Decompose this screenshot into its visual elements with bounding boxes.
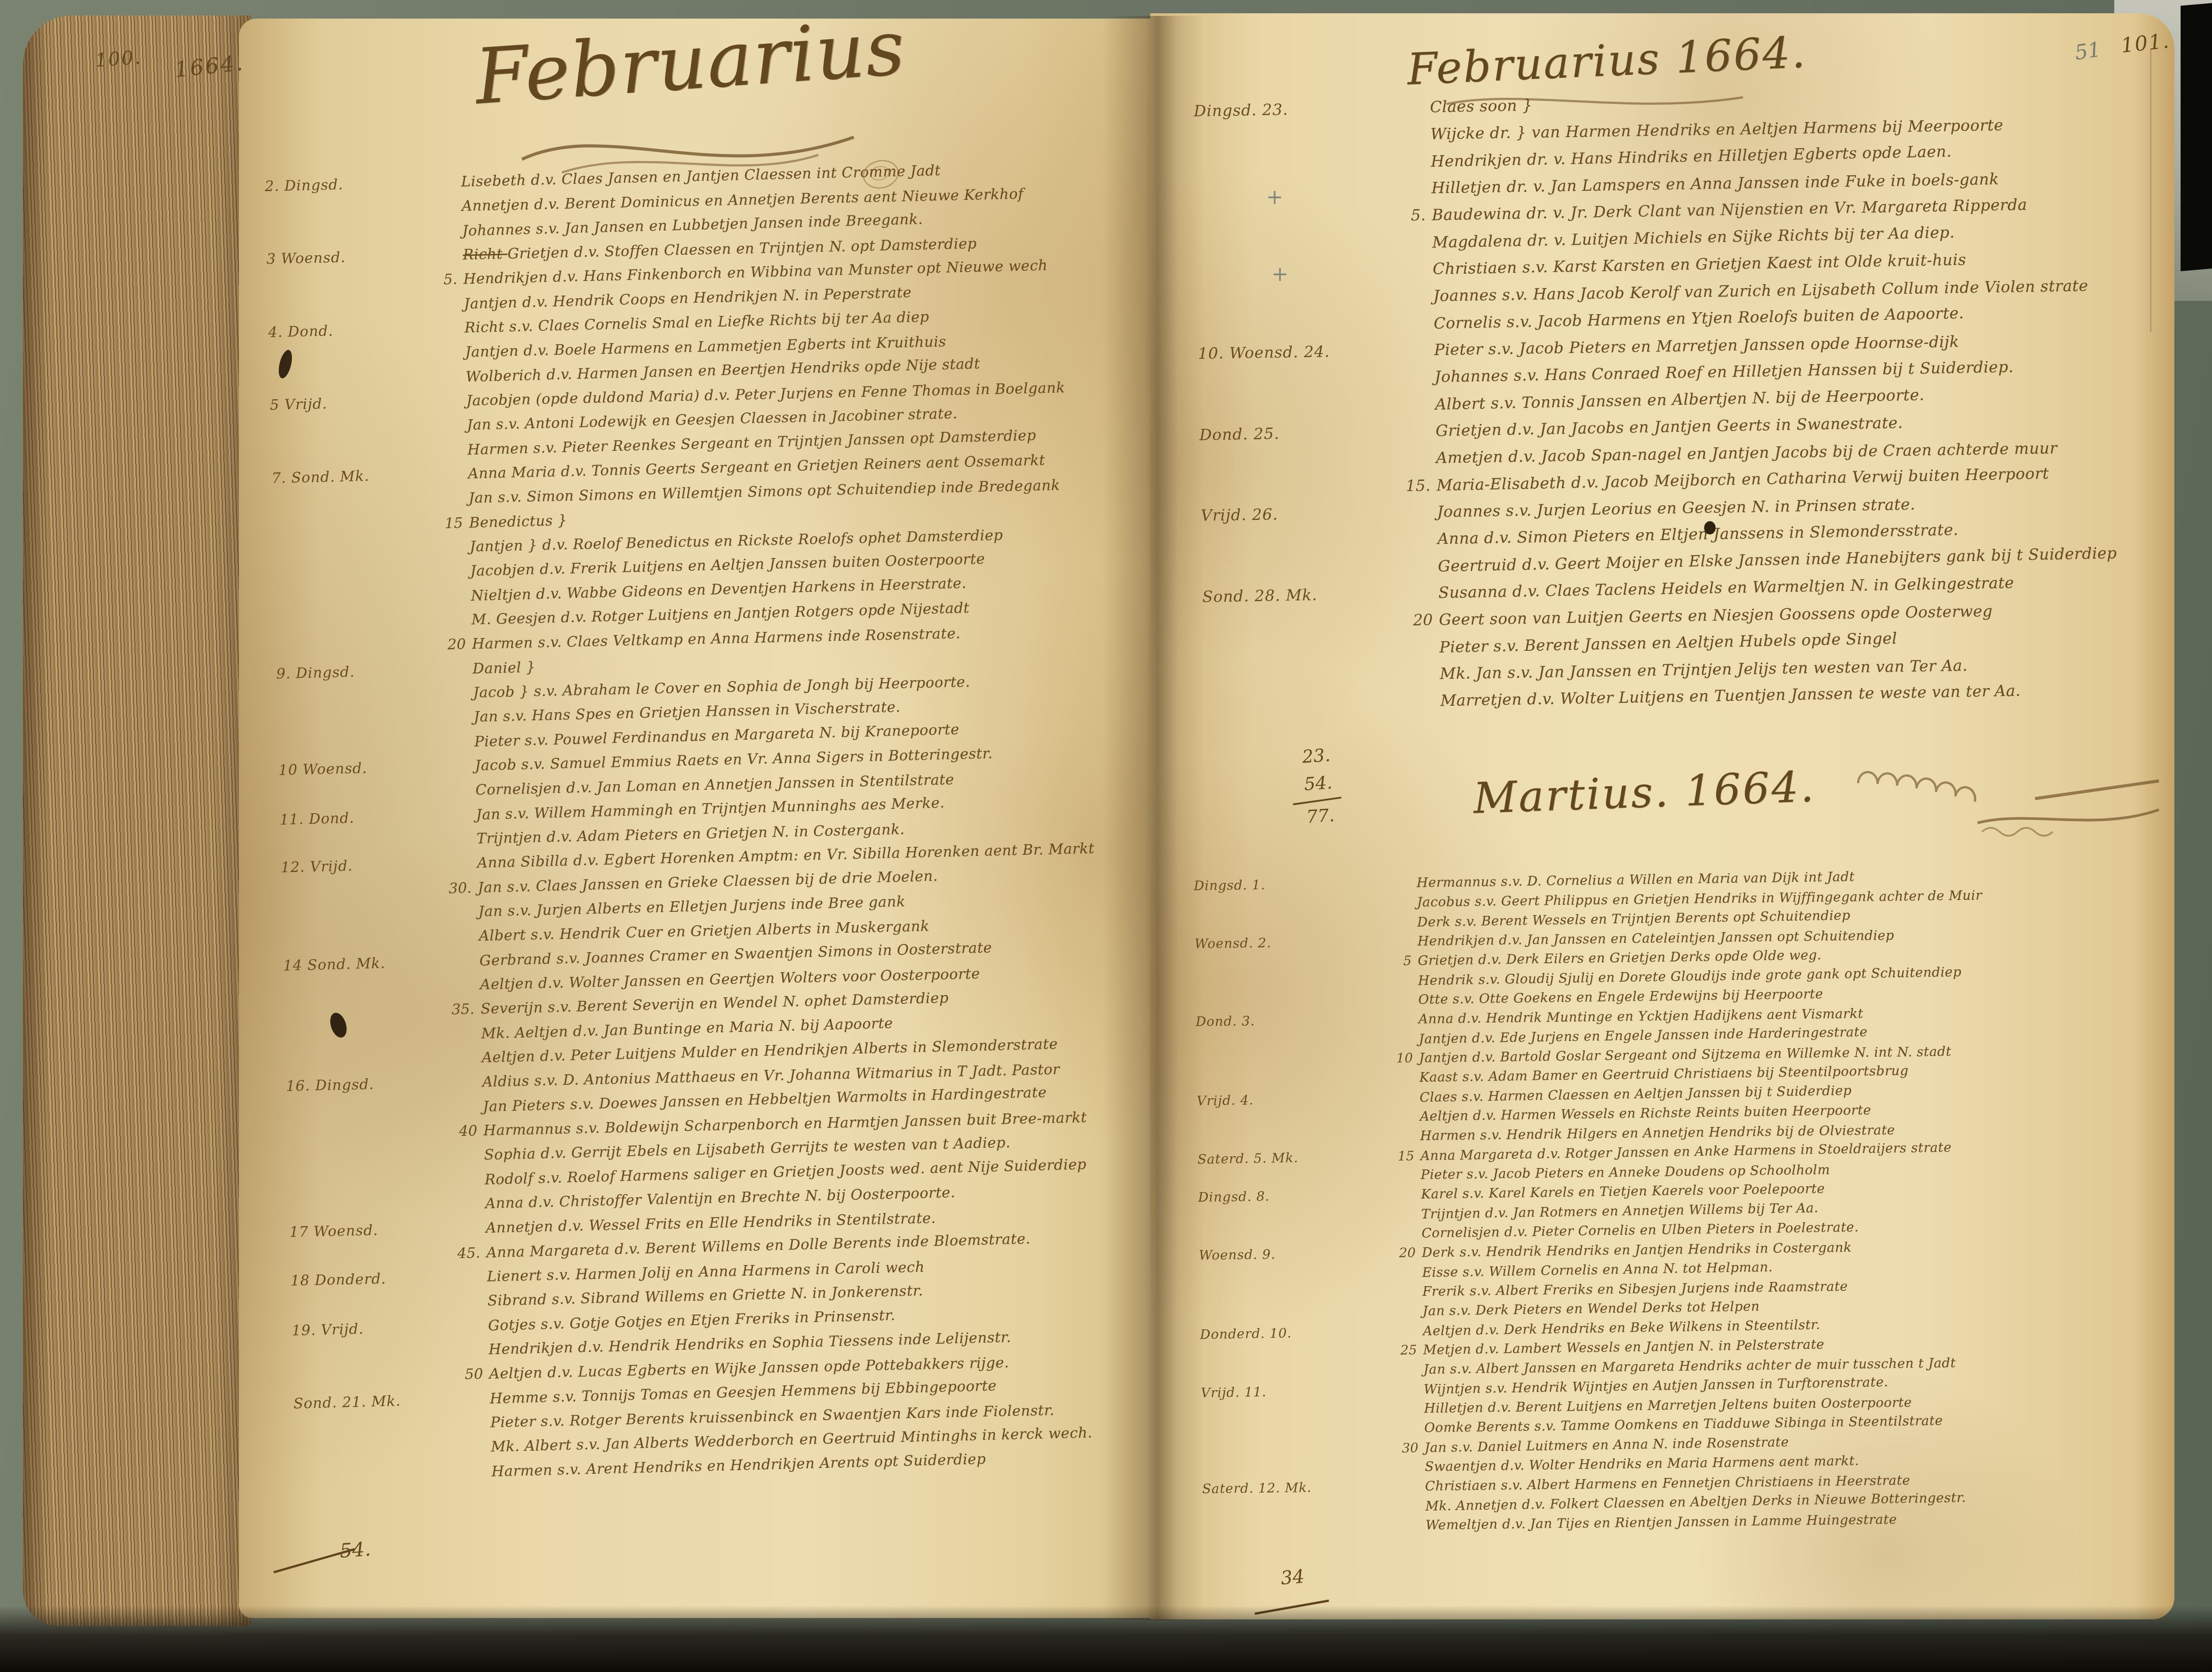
day-label [274,577,424,580]
tally-number [427,697,473,698]
day-label [1204,707,1399,710]
tally-number [1382,1102,1420,1102]
day-label [1198,1238,1384,1241]
tally-number: 20 [1397,611,1439,630]
tally-number [418,309,464,310]
day-label: Vrijd. 4. [1197,1090,1382,1108]
tally-number [1380,946,1417,946]
tally-number [442,1306,488,1307]
day-label [267,285,418,288]
day-label [273,529,423,533]
day-label: 2. Dingsd. [265,174,415,195]
month-total-left: 54. [339,1538,371,1563]
day-label [277,723,428,726]
tally-number [1386,1394,1424,1394]
day-label: Vrijd. 11. [1201,1382,1386,1400]
tally-number [1398,653,1440,653]
day-label: Dingsd. 8. [1198,1187,1384,1205]
tally-number [420,382,466,383]
tally-number [432,916,478,917]
day-label [1197,275,1391,278]
day-label [273,553,424,556]
tally-number [1389,1530,1426,1530]
tally-number [1397,598,1439,599]
day-label [273,504,423,507]
day-label [1195,1004,1381,1007]
day-label: 17 Woensd. [289,1220,440,1240]
tally-number: 45. [440,1244,487,1262]
day-label: 14 Sond. Mk. [283,953,434,974]
tally-number [1385,1277,1422,1277]
pencil-folio-number: 51 [2074,37,2102,65]
day-label [292,1355,443,1359]
tally-number: 20 [1385,1245,1422,1261]
tally-number [1388,1471,1425,1472]
tally-number [438,1160,484,1161]
tally-number [1387,1413,1424,1413]
day-label: 9. Dingsd. [276,661,427,682]
day-label [285,1040,435,1044]
tally-number: 10 [1382,1050,1419,1066]
tally-number [1381,1004,1418,1004]
tally-number [431,843,477,844]
tally-number [417,260,463,261]
day-label [1202,545,1396,548]
tally-number [442,1330,488,1332]
entry-text: Claes soon } [1430,97,1533,116]
tally-number [1384,1199,1421,1199]
day-label [1199,411,1394,415]
day-label [279,796,430,799]
tally-number [443,1354,489,1355]
tally-number [428,746,474,748]
tally-number [1398,679,1440,680]
day-label [1203,626,1398,629]
tally-number [1389,139,1431,140]
tally-number [1382,1082,1419,1082]
day-label [1197,1141,1383,1143]
day-label [1201,1374,1386,1376]
day-label [1196,249,1391,253]
day-label: 3 Woensd. [266,247,417,267]
tally-number [1386,1335,1423,1336]
day-label [1200,1316,1386,1318]
day-label [1196,1063,1382,1065]
tally-number [1391,248,1432,249]
day-label: 16. Dingsd. [286,1074,437,1094]
day-label [1200,464,1394,467]
day-label: 12. Vrijd. [280,856,431,876]
day-label [1194,907,1380,909]
tally-number: 50 [443,1365,489,1383]
tally-number [440,1233,486,1234]
day-label [1203,653,1398,657]
entry-text: Benedictus } [469,512,567,531]
tally-number [1394,463,1436,464]
ink-blot [1704,521,1716,534]
tally-number [1380,926,1417,927]
tally-number [1394,410,1435,411]
tally-number [1386,1315,1423,1316]
february-entries-left: 2. Dingsd.Lisebeth d.v. Claes Jansen en … [265,158,1162,1491]
day-label [285,1063,436,1067]
day-label [268,310,418,314]
tally-number [1388,1491,1425,1491]
day-label [1203,1530,1389,1532]
tally-number [1385,1296,1422,1296]
book-bottom-shadow [0,1606,2212,1672]
tally-number [1388,112,1430,113]
tally-number [1383,1121,1420,1121]
folio-number-right: 101. [2120,28,2170,57]
count-feb-first-half: 54. [1291,768,1346,799]
tally-number [1393,382,1435,383]
tally-number [430,795,476,796]
tally-number [444,1403,490,1405]
tally-number [439,1208,485,1209]
tally-number [445,1476,492,1478]
day-label [295,1453,445,1456]
tally-number [1380,907,1417,907]
tally-number [1390,193,1432,194]
day-label [291,1307,442,1310]
day-label [288,1186,439,1190]
tally-number: 25 [1386,1342,1423,1358]
day-label [271,431,421,434]
day-label [1198,1219,1384,1222]
day-label [1195,986,1381,989]
tally-number: 5. [1390,207,1432,225]
tally-number [425,600,471,602]
day-label [1196,1044,1382,1047]
tally-number [1399,706,1440,707]
tally-number: 35. [434,1000,481,1018]
tally-number: 15 [1383,1148,1421,1164]
day-label [293,1380,443,1383]
day-label [1197,1121,1383,1124]
day-label [287,1113,437,1117]
day-label: 18 Donderd. [290,1269,441,1289]
day-label [295,1478,445,1482]
day-label [288,1161,438,1164]
day-label [1197,302,1392,305]
day-label: 19. Vrijd. [292,1318,442,1339]
tally-number: 15 [423,514,469,532]
day-label [1202,573,1397,577]
day-label [283,942,433,945]
day-label [271,456,422,460]
tally-number [1396,544,1438,545]
day-label: Dingsd. 1. [1194,876,1379,893]
day-label [275,602,425,606]
tally-number [1384,1179,1421,1180]
tally-number [1384,1238,1421,1238]
tally-number [419,357,465,357]
book-fore-edge [23,15,251,1626]
tally-number [416,236,462,237]
day-label [277,699,427,702]
day-label [1202,1453,1387,1456]
march-entries: Dingsd. 1.Hermannus s.v. D. Cornelius a … [1194,865,2167,1540]
day-label [1201,1413,1387,1415]
day-label [1198,330,1392,334]
tally-number [422,503,469,504]
day-label [289,1209,439,1213]
tally-number [1381,985,1418,985]
day-label [1196,221,1390,224]
tally-number [1386,1374,1424,1374]
day-label [1195,965,1381,968]
day-label [278,748,429,752]
day-label: Donderd. 10. [1200,1324,1386,1342]
day-label [266,237,416,241]
day-label [294,1428,445,1431]
tally-number [437,1087,483,1088]
tally-number [441,1281,487,1282]
day-label [1202,1433,1387,1435]
tally-number [430,819,476,821]
tally-number [437,1111,483,1113]
day-label [1202,1511,1388,1514]
tally-number [1391,274,1433,275]
tally-number [445,1427,491,1428]
tally-number: 40 [437,1122,484,1140]
day-label [287,1136,438,1139]
tally-number [436,1062,482,1063]
day-label: Woensd. 9. [1199,1245,1385,1263]
day-label: 5 Vrijd. [270,393,421,413]
day-label: 10. Woensd. 24. [1198,342,1393,363]
register-scan: 100. 1664. Februarius 2. Dingsd.Lisebeth… [0,0,2212,1672]
day-label [290,1259,441,1263]
tally-number [1394,436,1436,437]
day-label [1200,1355,1386,1357]
day-label: Dingsd. 23. [1194,99,1389,120]
tally-number [419,332,465,333]
tally-number [427,673,473,675]
tally-number: 15. [1395,477,1437,496]
tally-number [1390,167,1431,168]
day-label [265,212,416,215]
day-label [282,918,433,921]
tally-number [422,454,468,456]
tally-number [428,722,474,723]
day-label [1198,383,1393,386]
day-label [1199,1296,1385,1299]
tally-number [421,430,467,430]
day-label: Vrijd. 26. [1201,504,1396,525]
tally-number [1382,1043,1419,1044]
tally-number [439,1184,485,1186]
day-label: Sond. 21. Mk. [293,1391,444,1412]
day-label [1200,492,1395,496]
day-label [1194,140,1389,143]
tally-number [1392,329,1434,330]
day-label [275,626,426,629]
tally-number [445,1452,491,1453]
day-label [281,894,432,898]
day-label: 11. Dond. [280,807,430,828]
tally-number: 20 [426,635,472,653]
day-label: Woensd. 2. [1194,934,1380,951]
tally-number: 5 [1380,953,1417,969]
tally-number: 30 [1387,1440,1425,1456]
day-label [284,990,434,993]
tally-number [1387,1432,1425,1433]
folio-number-left: 100. [94,46,142,71]
day-label: Dond. 3. [1195,1012,1381,1029]
tally-number [416,211,462,212]
tally-number [415,187,461,188]
day-label [276,650,426,653]
day-label [1204,680,1398,683]
tally-number [1395,517,1437,518]
day-label [1195,168,1390,172]
tally-number [422,478,468,479]
day-label [1198,1180,1384,1182]
count-feb-total: 77. [1293,801,1348,832]
day-label [1202,1472,1388,1474]
tally-number [429,770,475,771]
tally-number: 30. [431,879,478,897]
tally-number [433,941,479,942]
day-label [280,844,431,847]
tally-number [1383,1140,1420,1141]
tally-number [1384,1218,1421,1219]
tally-number [424,551,470,552]
baptism-count-tally: 23. 54. 77. [1289,741,1348,832]
background-corner [2181,0,2212,271]
day-label [1195,194,1390,197]
tally-number [431,868,477,869]
tally-number [424,576,470,577]
day-label [284,1015,435,1018]
tally-number [434,965,480,967]
tally-number [426,624,472,625]
february-entries-right: Dingsd. 23.Claes soon }Wijcke dr. } van … [1194,86,2169,723]
tally-number [1393,355,1434,356]
day-label [1197,1082,1382,1085]
tally-number [420,405,466,406]
martius-flourish [1849,757,2168,841]
tally-number [1388,1511,1425,1511]
tally-number [434,989,480,990]
month-total-right: 34 [1280,1565,1306,1589]
tally-number [1392,301,1433,302]
day-label: Saterd. 12. Mk. [1202,1479,1388,1496]
entry-text: Daniel } [472,659,536,677]
day-label [1194,927,1380,930]
day-label [1199,1277,1385,1280]
tally-number [1379,887,1417,888]
tally-number: 5. [417,270,464,288]
tally-number [435,1038,481,1040]
tally-number [1382,1023,1419,1024]
tally-number [1397,572,1438,573]
day-label [269,383,420,387]
count-feb-second-half: 23. [1289,741,1344,772]
day-label: Saterd. 5. Mk. [1198,1149,1383,1167]
